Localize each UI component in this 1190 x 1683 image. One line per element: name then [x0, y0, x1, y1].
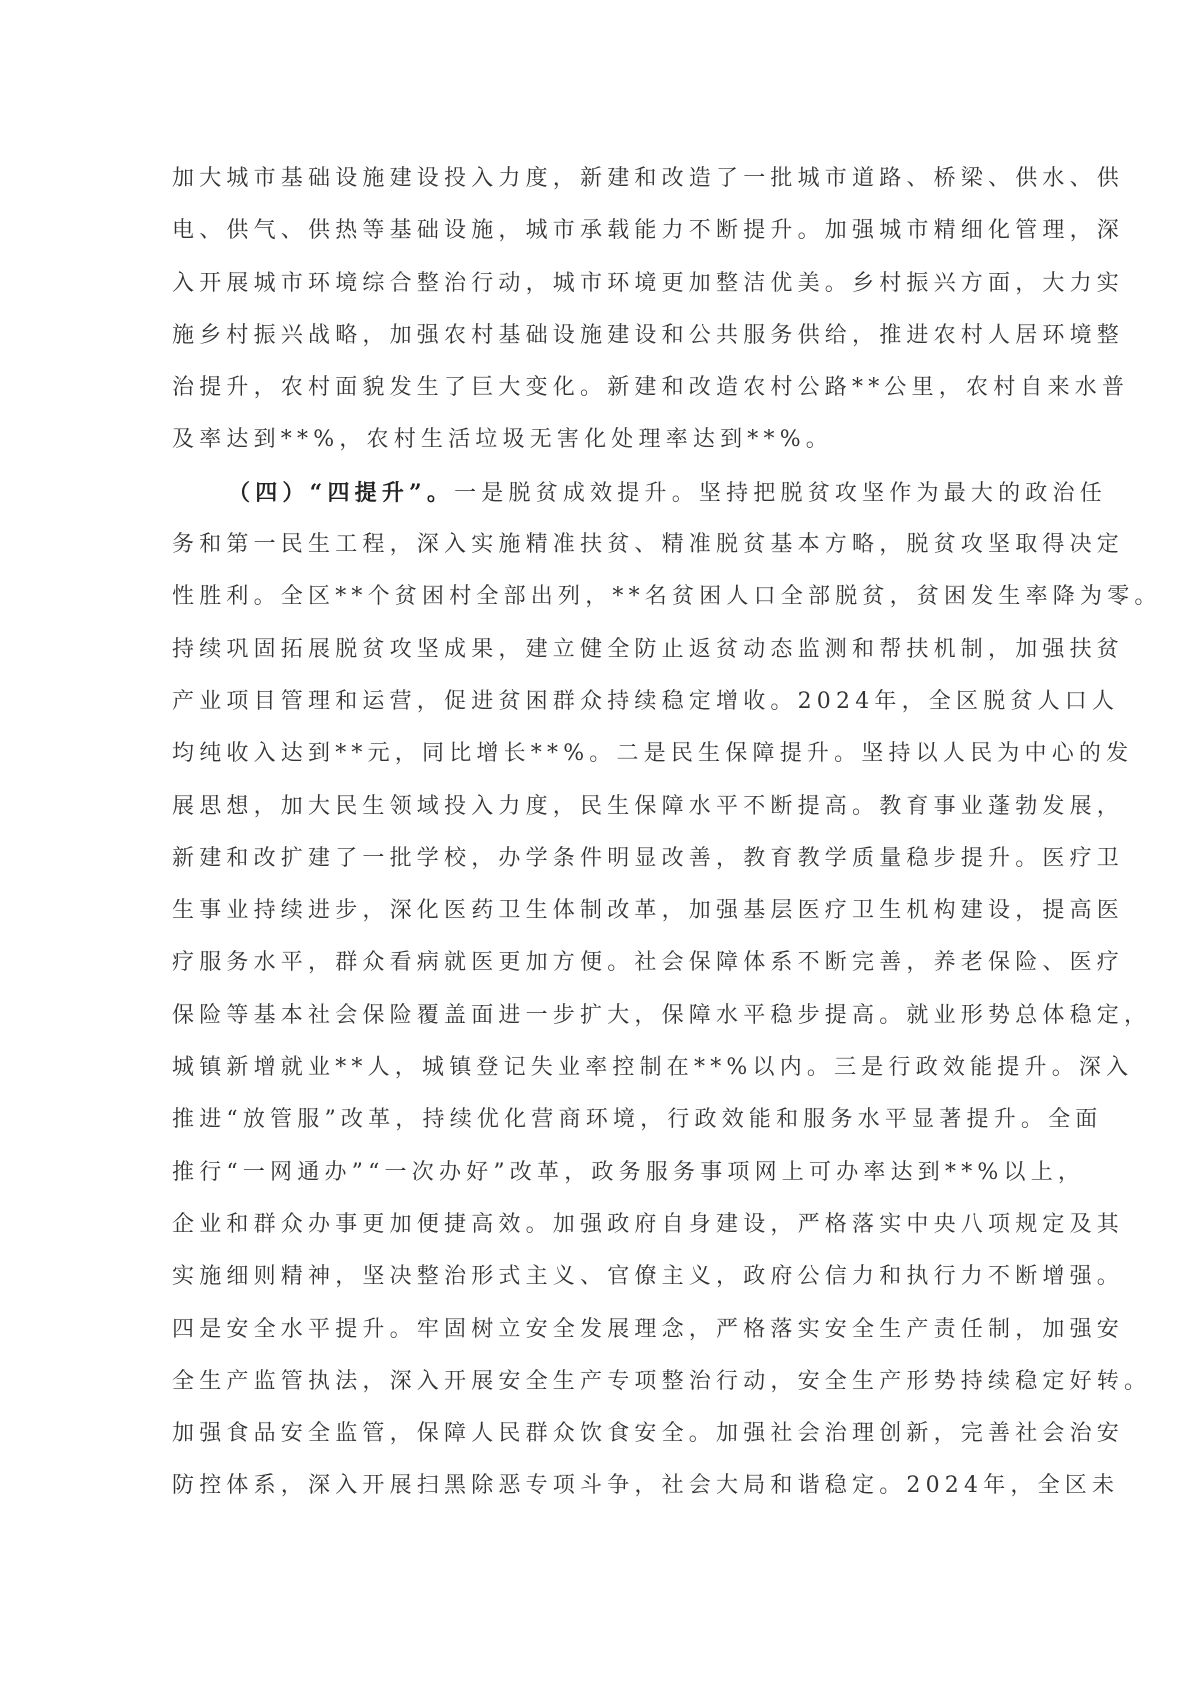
text-line: 保险等基本社会保险覆盖面进一步扩大，保障水平稳步提高。就业形势总体稳定，	[172, 990, 1014, 1042]
paragraph-urban-rural: 加大城市基础设施建设投入力度，新建和改造了一批城市道路、桥梁、供水、供 电、供气…	[172, 153, 1014, 467]
text-line: 防控体系，深入开展扫黑除恶专项斗争，社会大局和谐稳定。2024年，全区未	[172, 1460, 1014, 1512]
text-line: 施乡村振兴战略，加强农村基础设施建设和公共服务供给，推进农村人居环境整	[172, 310, 1014, 362]
text-line: 电、供气、供热等基础设施，城市承载能力不断提升。加强城市精细化管理，深	[172, 205, 1014, 257]
text-line: 治提升，农村面貌发生了巨大变化。新建和改造农村公路**公里，农村自来水普	[172, 362, 1014, 414]
text-line-first: （四）“四提升”。一是脱贫成效提升。坚持把脱贫攻坚作为最大的政治任	[172, 467, 1014, 519]
text-line: 城镇新增就业**人，城镇登记失业率控制在**%以内。三是行政效能提升。深入	[172, 1042, 1014, 1094]
text-line: 推进“放管服”改革，持续优化营商环境，行政效能和服务水平显著提升。全面	[172, 1094, 1014, 1146]
text-line: 产业项目管理和运营，促进贫困群众持续稳定增收。2024年，全区脱贫人口人	[172, 676, 1014, 728]
text-line: 企业和群众办事更加便捷高效。加强政府自身建设，严格落实中央八项规定及其	[172, 1199, 1014, 1251]
text-run: 一是脱贫成效提升。坚持把脱贫攻坚作为最大的政治任	[454, 481, 1107, 506]
text-line: 加大城市基础设施建设投入力度，新建和改造了一批城市道路、桥梁、供水、供	[172, 153, 1014, 205]
text-line: 及率达到**%，农村生活垃圾无害化处理率达到**%。	[172, 414, 1014, 466]
text-line: 全生产监管执法，深入开展安全生产专项整治行动，安全生产形势持续稳定好转。	[172, 1356, 1014, 1408]
document-page: 加大城市基础设施建设投入力度，新建和改造了一批城市道路、桥梁、供水、供 电、供气…	[172, 153, 1014, 1513]
text-line: 持续巩固拓展脱贫攻坚成果，建立健全防止返贫动态监测和帮扶机制，加强扶贫	[172, 624, 1014, 676]
paragraph-four-improvements: （四）“四提升”。一是脱贫成效提升。坚持把脱贫攻坚作为最大的政治任 务和第一民生…	[172, 467, 1014, 1513]
text-line: 性胜利。全区**个贫困村全部出列，**名贫困人口全部脱贫，贫困发生率降为零。	[172, 571, 1014, 623]
text-line: 实施细则精神，坚决整治形式主义、官僚主义，政府公信力和执行力不断增强。	[172, 1251, 1014, 1303]
text-line: 推行“一网通办”“一次办好”改革，政务服务事项网上可办率达到**%以上，	[172, 1147, 1014, 1199]
text-line: 均纯收入达到**元，同比增长**%。二是民生保障提升。坚持以人民为中心的发	[172, 728, 1014, 780]
text-line: 入开展城市环境综合整治行动，城市环境更加整洁优美。乡村振兴方面，大力实	[172, 258, 1014, 310]
text-line: 新建和改扩建了一批学校，办学条件明显改善，教育教学质量稳步提升。医疗卫	[172, 833, 1014, 885]
text-line: 生事业持续进步，深化医药卫生体制改革，加强基层医疗卫生机构建设，提高医	[172, 885, 1014, 937]
text-line: 四是安全水平提升。牢固树立安全发展理念，严格落实安全生产责任制，加强安	[172, 1304, 1014, 1356]
section-heading: （四）“四提升”。	[228, 480, 454, 506]
text-line: 疗服务水平，群众看病就医更加方便。社会保障体系不断完善，养老保险、医疗	[172, 937, 1014, 989]
text-line: 展思想，加大民生领域投入力度，民生保障水平不断提高。教育事业蓬勃发展，	[172, 781, 1014, 833]
text-line: 务和第一民生工程，深入实施精准扶贫、精准脱贫基本方略，脱贫攻坚取得决定	[172, 519, 1014, 571]
text-line: 加强食品安全监管，保障人民群众饮食安全。加强社会治理创新，完善社会治安	[172, 1408, 1014, 1460]
